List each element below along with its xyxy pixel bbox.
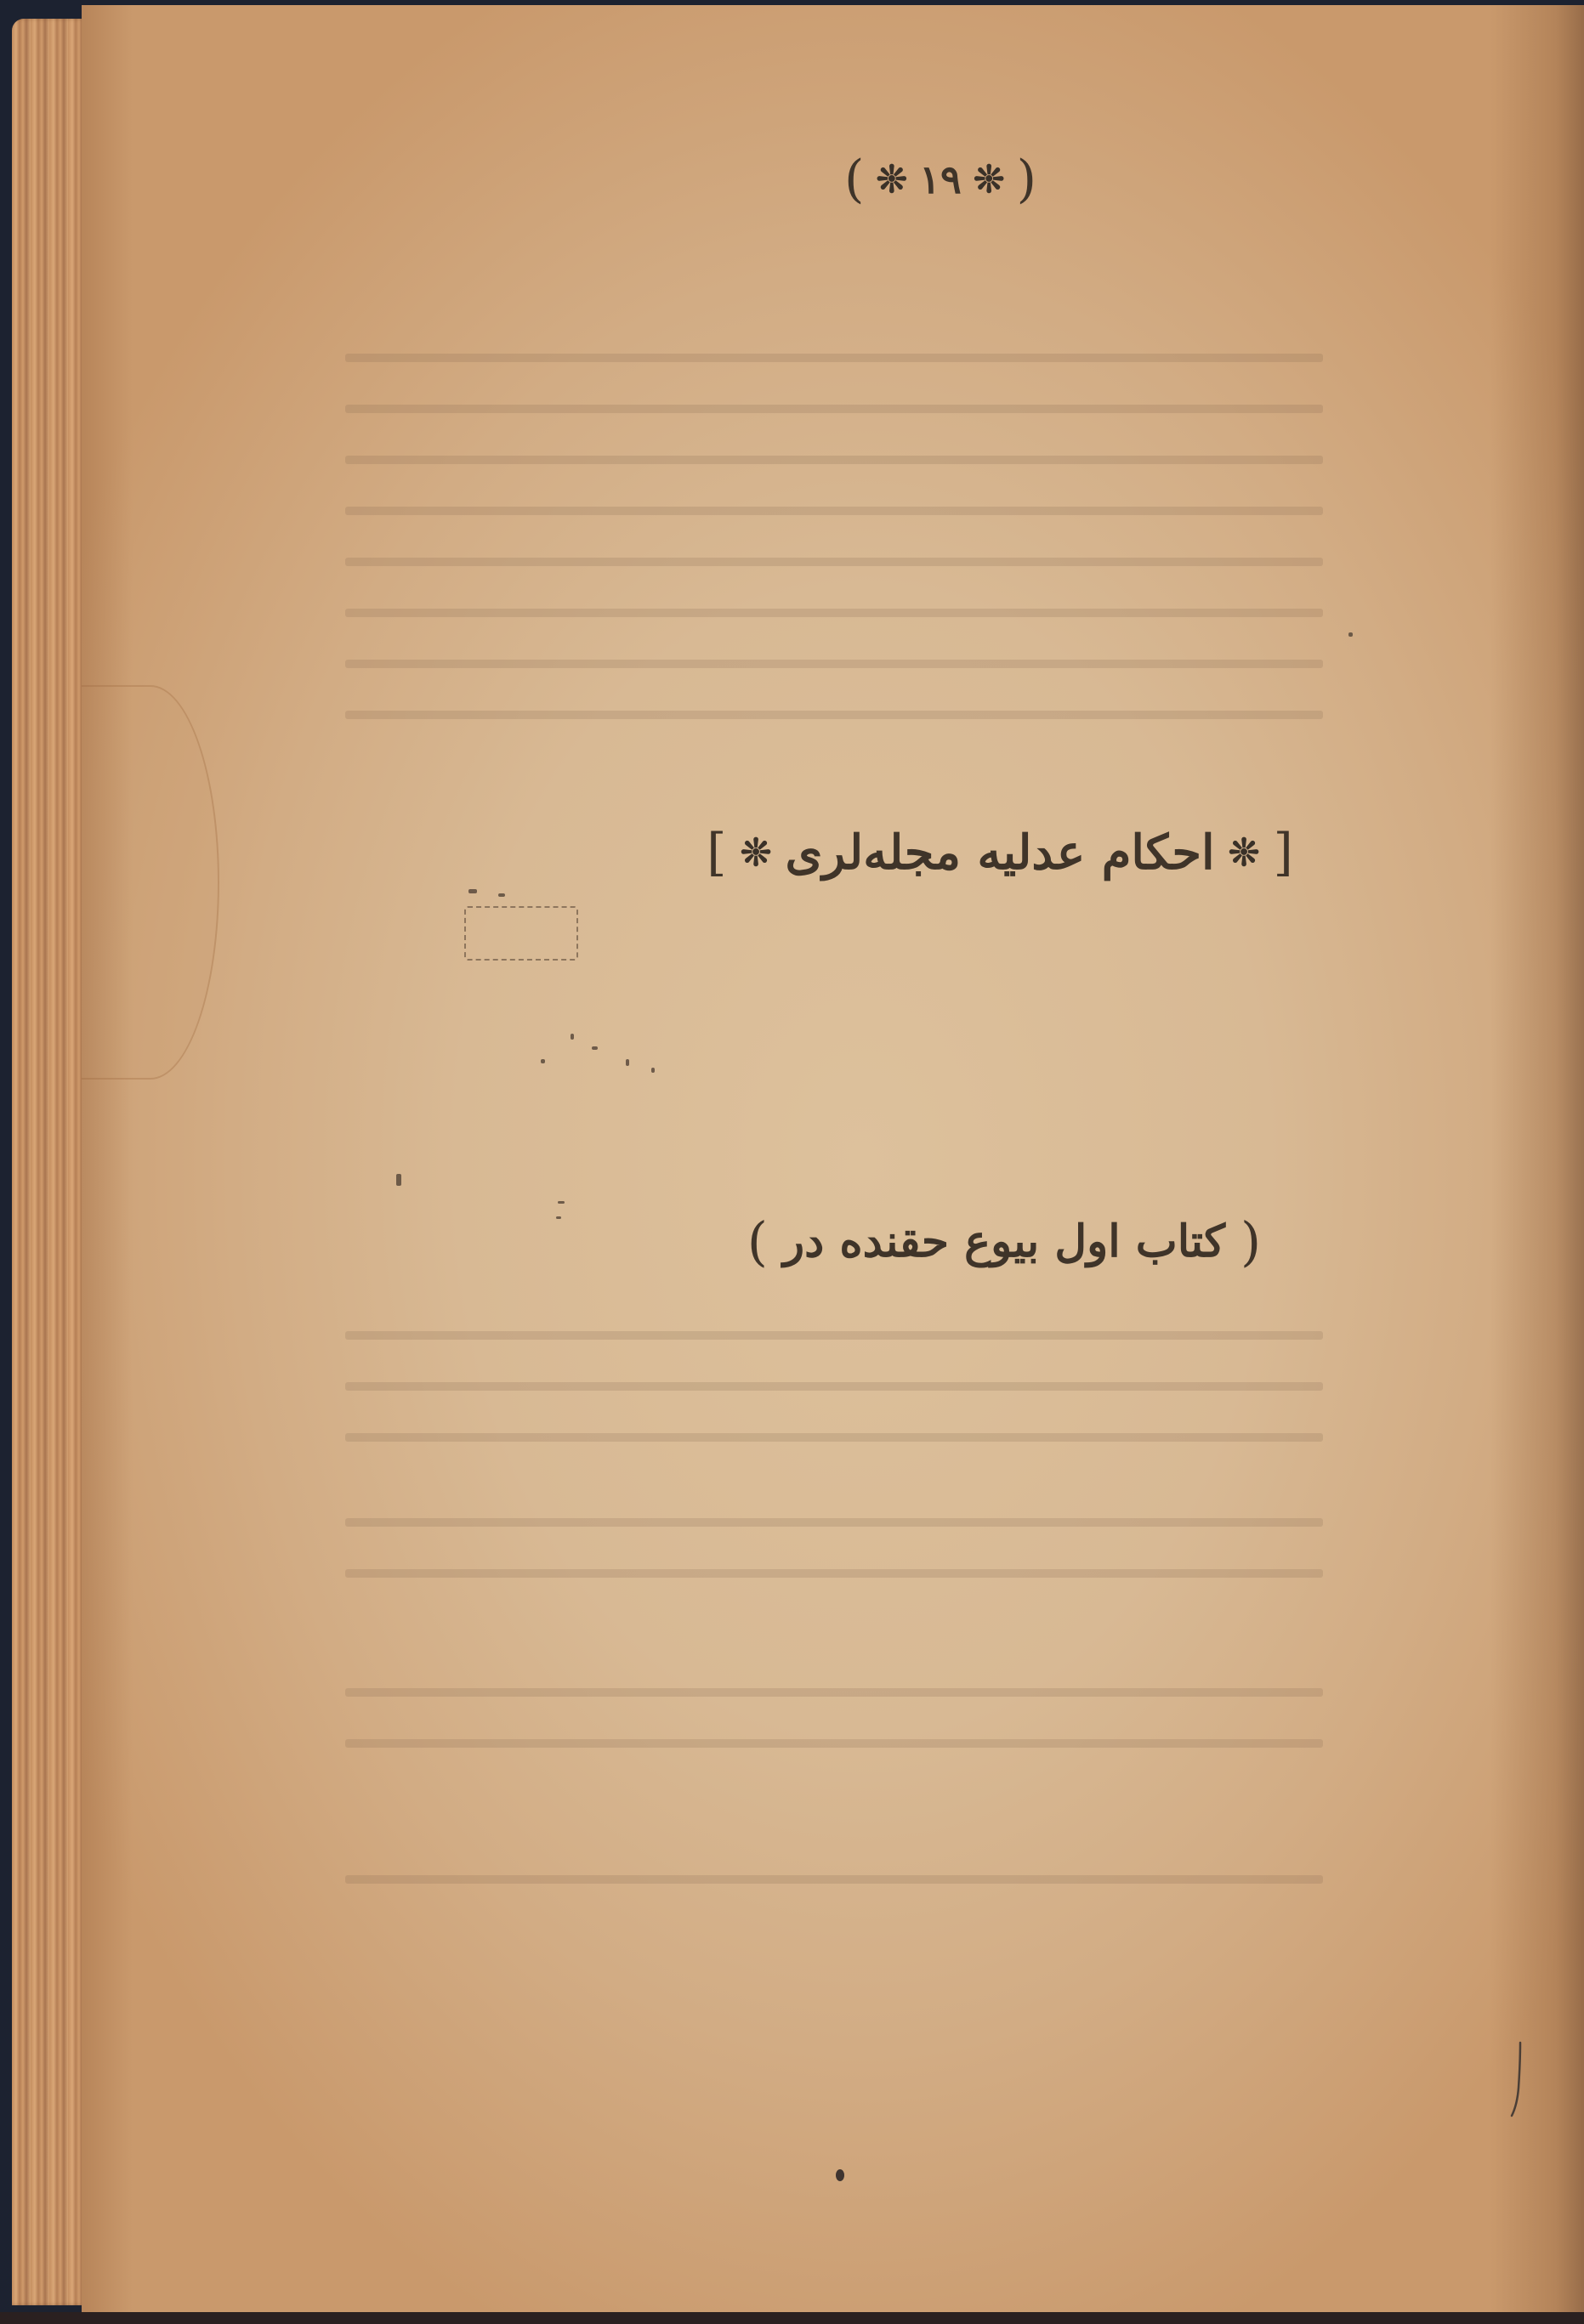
page-title: [ ❊ احکام عدلیه مجله‌لری ❊ ] [736,823,1263,882]
show-through-line [345,711,1323,719]
ink-speck [396,1174,401,1186]
show-through-line [345,405,1323,413]
ink-speck [468,889,477,893]
show-through-line [345,558,1323,566]
show-through-line [345,1518,1323,1527]
ink-speck [651,1068,655,1073]
title-bracket-right: ] [1273,823,1292,882]
book-page: ( ❊ ١٩ ❊ ) [ ❊ احکام عدلیه مجله‌لری ❊ ] … [82,5,1584,2315]
ink-speck [498,893,505,897]
page-number: ١٩ [919,156,961,202]
ink-speck [592,1046,598,1050]
ink-speck [558,1201,565,1204]
page-bracket-right: ) [1017,150,1036,209]
paper-stain [82,685,219,1080]
star-ornament-icon: ❊ [741,831,772,875]
title-text: احکام عدلیه مجله‌لری [785,825,1214,881]
show-through-line [345,1875,1323,1884]
scan-bottom-edge [0,2312,1584,2324]
section-heading: ( کتاب اول بيوع حقنده در ) [762,1210,1246,1273]
faded-print-mark [464,906,578,961]
ink-dot [836,2169,844,2181]
pencil-mark [1510,2041,1524,2117]
star-ornament-icon: ❊ [974,158,1005,201]
show-through-line [345,1739,1323,1748]
scanned-page-view: ( ❊ ١٩ ❊ ) [ ❊ احکام عدلیه مجله‌لری ❊ ] … [0,0,1584,2324]
star-ornament-icon: ❊ [1229,831,1260,875]
show-through-line [345,507,1323,515]
book-page-edges [12,19,85,2305]
show-through-line [345,1569,1323,1578]
show-through-line [345,354,1323,362]
ink-speck [556,1216,561,1219]
show-through-line [345,660,1323,668]
ink-speck [571,1034,574,1040]
subtitle-text: کتاب اول بيوع حقنده در [783,1216,1225,1267]
show-through-line [345,1382,1323,1391]
star-ornament-icon: ❊ [876,158,907,201]
subtitle-paren-right: ) [1241,1210,1261,1273]
show-through-line [345,456,1323,464]
show-through-line [345,1433,1323,1442]
subtitle-paren-left: ( [747,1210,768,1273]
title-bracket-left: [ [707,823,726,882]
show-through-line [345,1688,1323,1697]
show-through-line [345,609,1323,617]
page-bracket-left: ( [844,150,864,209]
ink-speck [626,1059,629,1066]
ink-speck [541,1059,545,1063]
ink-speck [1348,632,1353,637]
show-through-line [345,1331,1323,1340]
page-number-header: ( ❊ ١٩ ❊ ) [813,150,1068,209]
